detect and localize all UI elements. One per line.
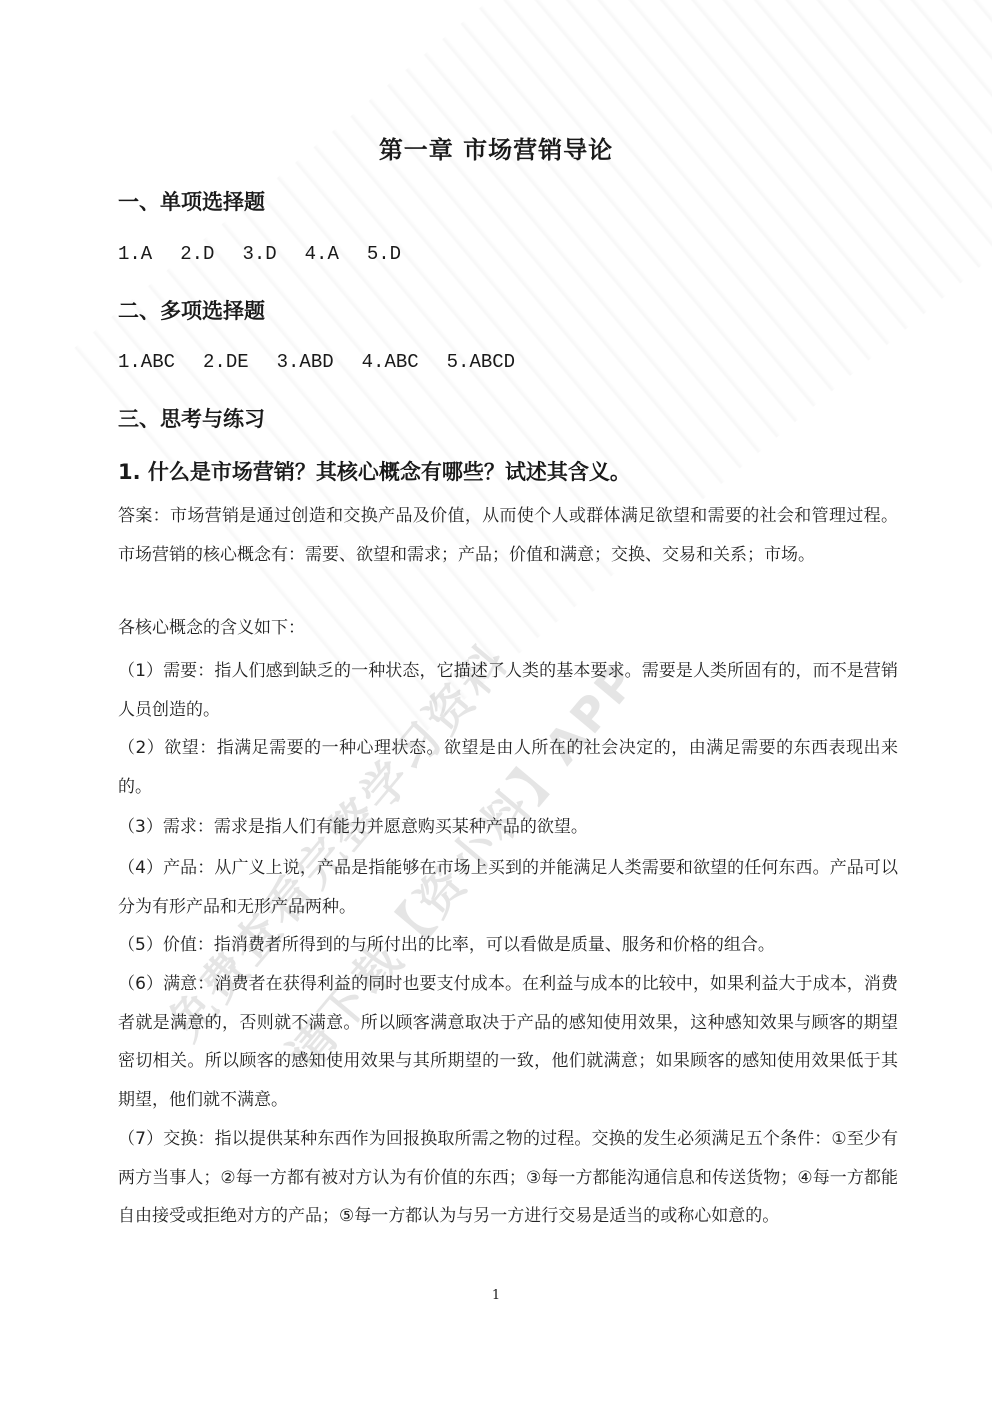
question-title: 1. 什么是市场营销？其核心概念有哪些？试述其含义。: [118, 456, 631, 486]
concepts-intro: 各核心概念的含义如下：: [118, 613, 898, 643]
answer-item: 4.A: [305, 243, 339, 265]
page-number: 1: [0, 1288, 992, 1303]
answer-item: 2.DE: [203, 351, 249, 373]
section-heading-exercises: 三、思考与练习: [118, 403, 265, 433]
single-choice-answers: 1.A 2.D 3.D 4.A 5.D: [118, 243, 429, 265]
answer-item: 3.ABD: [277, 351, 334, 373]
concept-item-1: （1）需要：指人们感到缺乏的一种状态，它描述了人类的基本要求。需要是人类所固有的…: [118, 652, 898, 729]
document-page: 免费查看完整学习资料 请下载【资小料】APP 第一章 市场营销导论 一、单项选择…: [0, 0, 992, 1403]
answer-item: 4.ABC: [362, 351, 419, 373]
answer-item: 2.D: [180, 243, 214, 265]
answer-item: 5.ABCD: [447, 351, 515, 373]
section-heading-multiple-choice: 二、多项选择题: [118, 295, 265, 325]
concept-item-3: （3）需求：需求是指人们有能力并愿意购买某种产品的欲望。: [118, 808, 898, 847]
answer-item: 1.A: [118, 243, 152, 265]
multiple-choice-answers: 1.ABC 2.DE 3.ABD 4.ABC 5.ABCD: [118, 351, 543, 373]
chapter-title: 第一章 市场营销导论: [0, 130, 992, 165]
concept-item-6: （6）满意：消费者在获得利益的同时也要支付成本。在利益与成本的比较中，如果利益大…: [118, 965, 898, 1119]
concept-item-4: （4）产品：从广义上说，产品是指能够在市场上买到的并能满足人类需要和欲望的任何东…: [118, 849, 898, 926]
answer-item: 3.D: [242, 243, 276, 265]
concept-item-5: （5）价值：指消费者所得到的与所付出的比率，可以看做是质量、服务和价格的组合。: [118, 926, 898, 965]
answer-item: 1.ABC: [118, 351, 175, 373]
answer-item: 5.D: [367, 243, 401, 265]
concept-item-7: （7）交换：指以提供某种东西作为回报换取所需之物的过程。交换的发生必须满足五个条…: [118, 1120, 898, 1236]
watermark-stripes: [60, 0, 992, 758]
concept-item-2: （2）欲望：指满足需要的一种心理状态。欲望是由人所在的社会决定的，由满足需要的东…: [118, 729, 898, 806]
section-heading-single-choice: 一、单项选择题: [118, 186, 265, 216]
answer-intro: 答案：市场营销是通过创造和交换产品及价值，从而使个人或群体满足欲望和需要的社会和…: [118, 497, 898, 574]
